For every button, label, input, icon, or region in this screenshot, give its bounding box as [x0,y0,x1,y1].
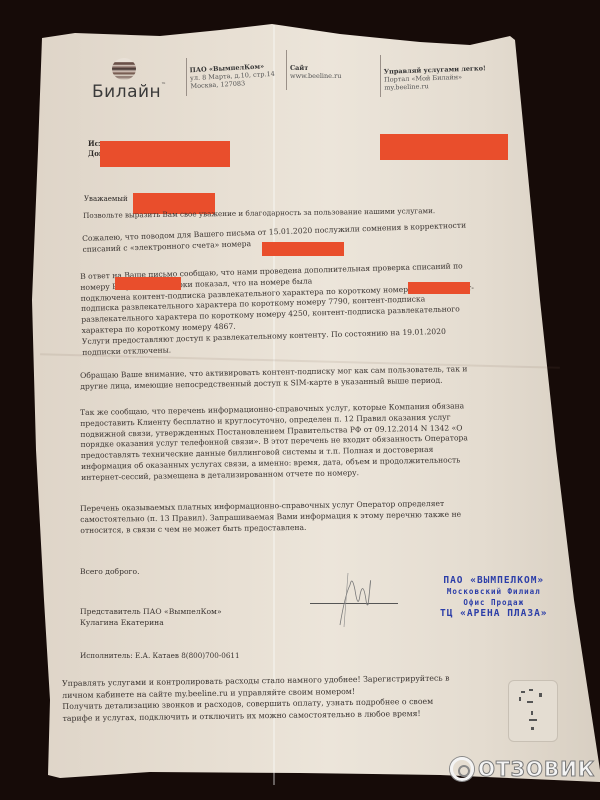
paragraph-4: Так же сообщаю, что перечень информацион… [80,401,469,483]
watermark-text: ОТЗОВИК [478,757,595,781]
paragraph-2: В ответ на Ваше письмо сообщаю, что нами… [80,261,476,358]
otzovik-watermark: ОТЗОВИК [450,757,595,781]
redaction-block [115,277,181,290]
signatory-block: Представитель ПАО «ВымпелКом» Кулагина Е… [80,607,222,629]
site-url[interactable]: www.beeline.ru [290,72,341,80]
header-divider [286,50,287,90]
closing: Всего доброго. [80,567,140,578]
signatory-name: Кулагина Екатерина [80,618,222,629]
header-divider [380,55,381,97]
otzovik-power-icon [450,757,474,781]
footer-promo: Управлять услугами и контролировать расх… [62,673,450,724]
redaction-block [100,141,230,167]
paragraph-5: Перечень оказываемых платных информацион… [80,499,461,537]
portal-block: Управляй услугами легко! Портал «Мой Бил… [384,64,487,92]
site-block: Сайт www.beeline.ru [290,64,341,80]
question-mark-qr-icon [508,680,558,742]
redaction-block [380,134,508,160]
redaction-block [408,282,470,294]
company-block: ПАО «ВымпелКом» ул. 8 Марта, д.10, стр.1… [189,62,275,90]
brand-name: Билайн™ [92,82,167,102]
company-stamp: ПАО «ВЫМПЕЛКОМ» Московский Филиал Офис П… [440,575,548,619]
greeting: Уважаемый [84,194,128,205]
beeline-striped-ball-icon [112,58,136,80]
executor: Исполнитель: Е.А. Катаев 8(800)700-0611 [80,651,240,662]
handwritten-signature [330,565,380,635]
redaction-block [262,242,344,256]
signatory-title: Представитель ПАО «ВымпелКом» [80,607,222,618]
site-label: Сайт [290,64,341,72]
header-divider [186,58,187,96]
